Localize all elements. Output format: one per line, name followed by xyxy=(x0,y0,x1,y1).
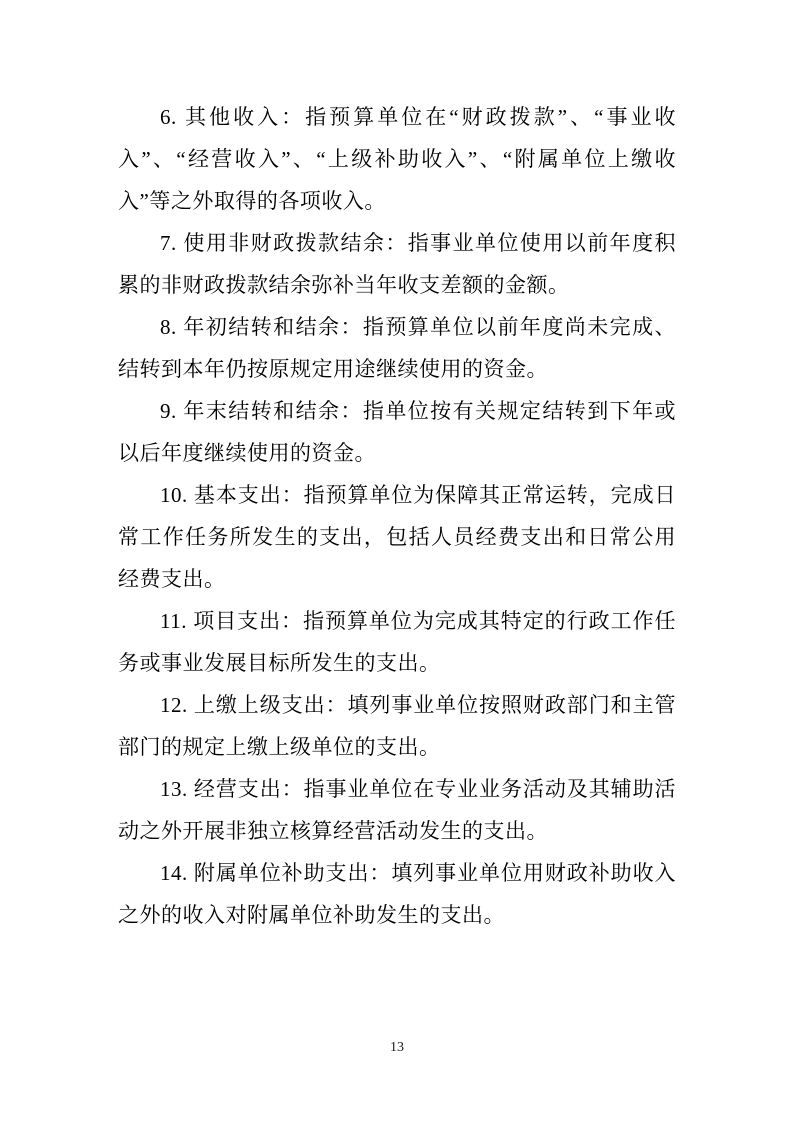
page-footer: 13 xyxy=(0,1038,794,1057)
document-body: 6. 其他收入：指预算单位在“财政拨款”、“事业收入”、“经营收入”、“上级补助… xyxy=(118,96,676,936)
page-number: 13 xyxy=(390,1040,404,1055)
paragraph-item-7: 7. 使用非财政拨款结余：指事业单位使用以前年度积累的非财政拨款结余弥补当年收支… xyxy=(118,222,676,306)
paragraph-item-6: 6. 其他收入：指预算单位在“财政拨款”、“事业收入”、“经营收入”、“上级补助… xyxy=(118,96,676,222)
paragraph-item-10: 10. 基本支出：指预算单位为保障其正常运转，完成日常工作任务所发生的支出，包括… xyxy=(118,474,676,600)
paragraph-item-9: 9. 年末结转和结余：指单位按有关规定结转到下年或以后年度继续使用的资金。 xyxy=(118,390,676,474)
paragraph-item-8: 8. 年初结转和结余：指预算单位以前年度尚未完成、结转到本年仍按原规定用途继续使… xyxy=(118,306,676,390)
paragraph-item-11: 11. 项目支出：指预算单位为完成其特定的行政工作任务或事业发展目标所发生的支出… xyxy=(118,600,676,684)
paragraph-item-14: 14. 附属单位补助支出：填列事业单位用财政补助收入之外的收入对附属单位补助发生… xyxy=(118,852,676,936)
document-page: 6. 其他收入：指预算单位在“财政拨款”、“事业收入”、“经营收入”、“上级补助… xyxy=(0,0,794,1123)
paragraph-item-12: 12. 上缴上级支出：填列事业单位按照财政部门和主管部门的规定上缴上级单位的支出… xyxy=(118,684,676,768)
paragraph-item-13: 13. 经营支出：指事业单位在专业业务活动及其辅助活动之外开展非独立核算经营活动… xyxy=(118,768,676,852)
